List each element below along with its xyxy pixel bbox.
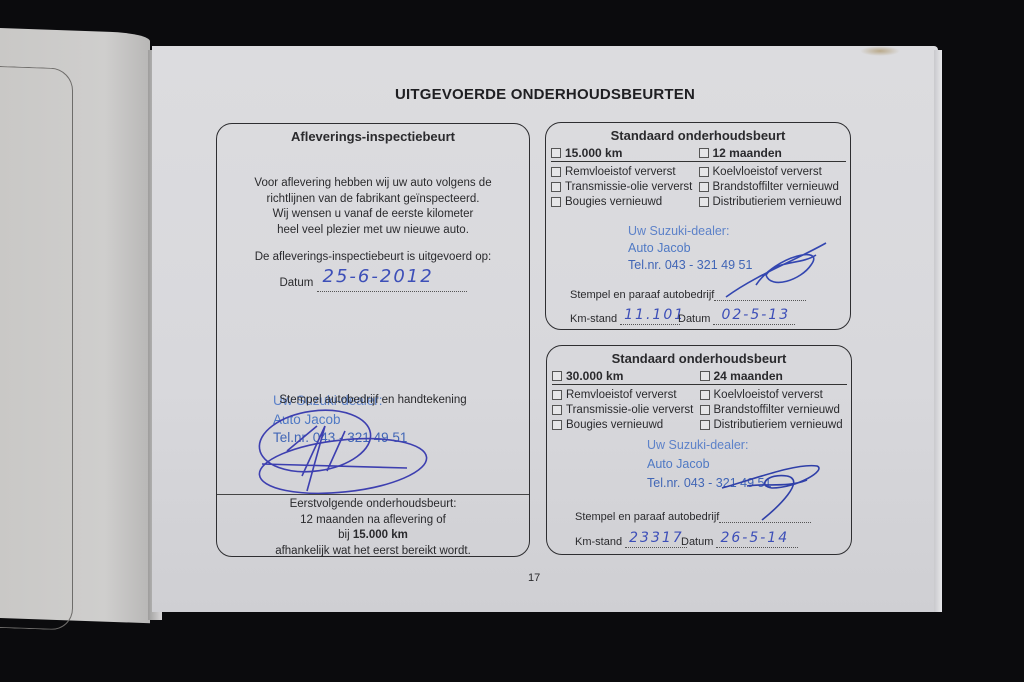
service-box-15000: Standaard onderhoudsbeurt 15.000 km 12 m…: [545, 122, 851, 330]
page-title: UITGEVOERDE ONDERHOUDSBEURTEN: [152, 86, 938, 103]
check-label: Bougies vernieuwd: [565, 196, 662, 208]
signature-label: Stempel en paraaf autobedrijf: [570, 289, 714, 301]
signature-label: Stempel en paraaf autobedrijf: [575, 511, 719, 523]
km-stand-field[interactable]: Km-stand 11.101: [570, 313, 680, 325]
next-service-text: Eerstvolgende onderhoudsbeurt: 12 maande…: [217, 497, 529, 559]
handwritten-km: 11.101: [624, 307, 685, 323]
checkbox-icon: [552, 420, 562, 430]
handwritten-date: 02-5-13: [721, 307, 790, 323]
service-checklist: 15.000 km 12 maanden Remvloeistof verver…: [551, 145, 846, 209]
handwritten-date: 25-6-2012: [323, 269, 434, 285]
intro-line: Voor aflevering hebben wij uw auto volge…: [217, 176, 529, 192]
km-label: 30.000 km: [566, 369, 623, 383]
handwritten-date: 26-5-14: [720, 530, 789, 546]
checkbox-icon: [699, 167, 709, 177]
check-item[interactable]: Brandstoffilter vernieuwd: [699, 181, 847, 193]
km-stand-label: Km-stand: [570, 313, 617, 325]
next-line: Eerstvolgende onderhoudsbeurt:: [217, 497, 529, 513]
check-item[interactable]: Koelvloeistof ververst: [700, 389, 848, 401]
signature-field[interactable]: Stempel en paraaf autobedrijf: [570, 289, 806, 301]
dotted-line: 26-5-14: [716, 536, 798, 548]
checkbox-icon: [552, 371, 562, 381]
service-date-field[interactable]: Datum 02-5-13: [678, 313, 795, 325]
delivery-inspection-box: Afleverings-inspectiebeurt Voor afleveri…: [216, 123, 530, 557]
check-label: Remvloeistof ververst: [566, 389, 677, 401]
check-item[interactable]: Transmissie-olie ververst: [552, 404, 700, 416]
dotted-line: 02-5-13: [713, 313, 795, 325]
signature: [257, 406, 417, 506]
checkbox-icon: [700, 371, 710, 381]
checkbox-icon: [551, 182, 561, 192]
check-label: Distributieriem vernieuwd: [713, 196, 842, 208]
checkbox-icon: [700, 405, 710, 415]
check-label: Koelvloeistof ververst: [713, 166, 822, 178]
check-item[interactable]: Remvloeistof ververst: [551, 166, 699, 178]
performed-label: De afleverings-inspectiebeurt is uitgevo…: [217, 250, 529, 266]
km-stand-label: Km-stand: [575, 536, 622, 548]
check-item[interactable]: Brandstoffilter vernieuwd: [700, 404, 848, 416]
date-label: Datum: [678, 313, 710, 325]
km-label: 15.000 km: [565, 146, 622, 160]
check-item[interactable]: Koelvloeistof ververst: [699, 166, 847, 178]
page-edge: [934, 50, 942, 612]
service-title: Standaard onderhoudsbeurt: [546, 128, 850, 143]
check-label: Koelvloeistof ververst: [714, 389, 823, 401]
check-item[interactable]: Transmissie-olie ververst: [551, 181, 699, 193]
check-label: Bougies vernieuwd: [566, 419, 663, 431]
checkbox-icon: [552, 405, 562, 415]
checkbox-icon: [700, 420, 710, 430]
checkbox-icon: [552, 390, 562, 400]
checkbox-icon: [551, 148, 561, 158]
check-item[interactable]: Distributieriem vernieuwd: [699, 196, 847, 208]
intro-line: Wij wensen u vanaf de eerste kilometer: [217, 207, 529, 223]
months-checkbox[interactable]: 24 maanden: [700, 369, 848, 383]
checkbox-icon: [700, 390, 710, 400]
delivery-date-field[interactable]: Datum 25-6-2012: [217, 276, 529, 292]
check-label: Brandstoffilter vernieuwd: [713, 181, 839, 193]
service-date-field[interactable]: Datum 26-5-14: [681, 536, 798, 548]
dotted-line: [719, 511, 811, 523]
date-dotted-line: 25-6-2012: [317, 279, 467, 292]
checkbox-icon: [699, 197, 709, 207]
service-checklist: 30.000 km 24 maanden Remvloeistof verver…: [552, 368, 847, 432]
left-page-frame: [0, 66, 73, 631]
service-box-30000: Standaard onderhoudsbeurt 30.000 km 24 m…: [546, 345, 852, 555]
checkbox-icon: [551, 167, 561, 177]
dotted-line: 23317: [625, 536, 687, 548]
next-line: 12 maanden na aflevering of: [217, 513, 529, 529]
next-prefix: bij: [338, 529, 350, 541]
intro-line: richtlijnen van de fabrikant geïnspectee…: [217, 192, 529, 208]
date-label: Datum: [279, 277, 313, 289]
next-line: afhankelijk wat het eerst bereikt wordt.: [217, 544, 529, 560]
signature-field[interactable]: Stempel en paraaf autobedrijf: [575, 511, 811, 523]
check-item[interactable]: Bougies vernieuwd: [551, 196, 699, 208]
page-stain: [860, 46, 900, 56]
section-divider: [217, 494, 529, 495]
delivery-intro-text: Voor aflevering hebben wij uw auto volge…: [217, 176, 529, 238]
dotted-line: 11.101: [620, 313, 680, 325]
checkbox-icon: [699, 182, 709, 192]
checkbox-icon: [551, 197, 561, 207]
check-label: Brandstoffilter vernieuwd: [714, 404, 840, 416]
months-label: 12 maanden: [713, 146, 782, 160]
months-label: 24 maanden: [714, 369, 783, 383]
service-title: Standaard onderhoudsbeurt: [547, 351, 851, 366]
next-line: bij 15.000 km: [217, 528, 529, 544]
months-checkbox[interactable]: 12 maanden: [699, 146, 847, 160]
delivery-inspection-title: Afleverings-inspectiebeurt: [217, 129, 529, 144]
intro-line: heel veel plezier met uw nieuwe auto.: [217, 223, 529, 239]
date-label: Datum: [681, 536, 713, 548]
km-checkbox[interactable]: 15.000 km: [551, 146, 699, 160]
check-label: Transmissie-olie ververst: [566, 404, 693, 416]
check-item[interactable]: Bougies vernieuwd: [552, 419, 700, 431]
page-number: 17: [528, 572, 540, 584]
km-stand-field[interactable]: Km-stand 23317: [575, 536, 687, 548]
checkbox-icon: [699, 148, 709, 158]
check-label: Remvloeistof ververst: [565, 166, 676, 178]
km-checkbox[interactable]: 30.000 km: [552, 369, 700, 383]
handwritten-km: 23317: [629, 530, 684, 546]
check-label: Distributieriem vernieuwd: [714, 419, 843, 431]
check-item[interactable]: Remvloeistof ververst: [552, 389, 700, 401]
left-page: [0, 28, 150, 623]
check-item[interactable]: Distributieriem vernieuwd: [700, 419, 848, 431]
next-km: 15.000 km: [353, 529, 408, 541]
stamp-line: Uw Suzuki-dealer:: [647, 436, 771, 455]
dotted-line: [714, 289, 806, 301]
check-label: Transmissie-olie ververst: [565, 181, 692, 193]
